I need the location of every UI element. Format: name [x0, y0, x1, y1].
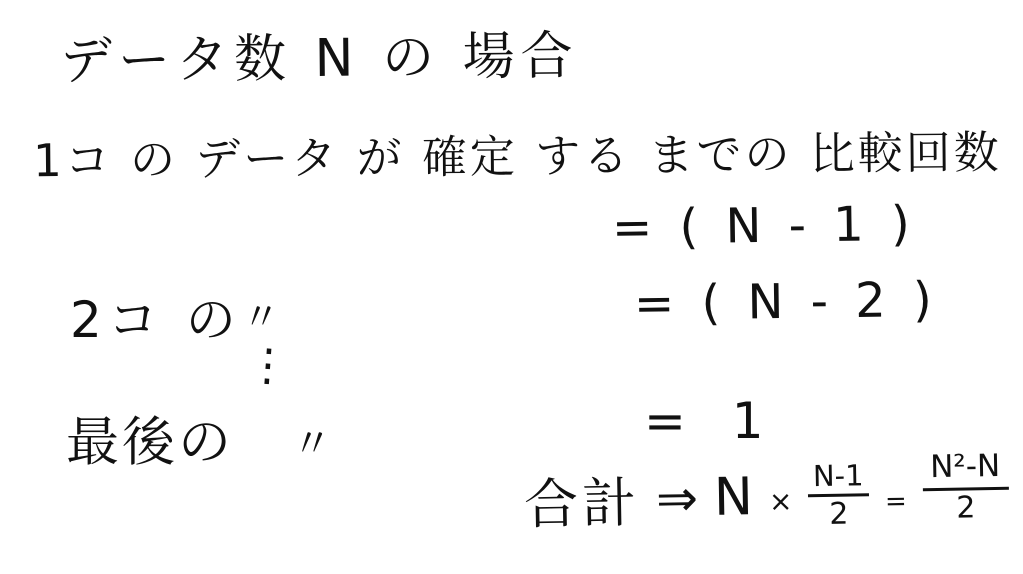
fraction-1-numerator: N-1	[808, 460, 869, 497]
comparison-line-1-label: 1コ の データ が 確定 する までの 比較回数	[33, 116, 1002, 189]
ditto-mark-line-2: 〃	[242, 286, 280, 341]
total-formula: 合計 ⇒ N × N-1 2 = N²-N 2	[523, 454, 1009, 539]
comparison-line-last-label: 最後の	[66, 400, 234, 476]
comparison-line-last-result: = 1	[644, 392, 767, 450]
handwritten-note: データ数 N の 場合 1コ の データ が 確定 する までの 比較回数 = …	[0, 0, 1023, 574]
fraction-n-minus-1-over-2: N-1 2	[808, 460, 870, 531]
comparison-line-2-result: = ( N - 2 )	[634, 272, 935, 332]
total-n-term: N	[713, 467, 753, 528]
fraction-1-denominator: 2	[829, 497, 849, 531]
fraction-2-denominator: 2	[956, 490, 976, 524]
ditto-mark-line-last: 〃	[292, 412, 332, 469]
comparison-line-2-label: 2コ の	[70, 280, 242, 352]
multiply-sign: ×	[768, 475, 792, 518]
equals-sign: =	[884, 472, 907, 516]
comparison-line-1-result: = ( N - 1 )	[612, 196, 913, 256]
total-label: 合計	[523, 460, 640, 539]
vertical-ellipsis: ⋮	[244, 339, 291, 393]
fraction-n-squared-minus-n-over-2: N²-N 2	[922, 450, 1009, 525]
implies-arrow-icon: ⇒	[656, 469, 699, 528]
note-title: データ数 N の 場合	[60, 13, 579, 93]
fraction-2-numerator: N²-N	[922, 450, 1009, 491]
